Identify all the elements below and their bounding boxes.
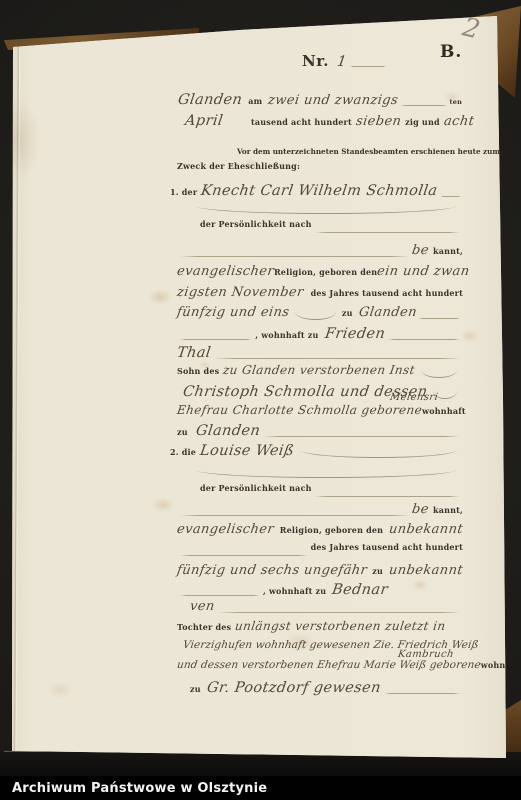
- groom-religion-line: evangelischer Religion, geboren den ein …: [177, 264, 463, 281]
- blank-rule: [180, 595, 260, 596]
- groom-father-line-1: Sohn des zu Glanden verstorbenen Inst: [177, 363, 463, 380]
- record-number-line: Nr. 1: [302, 52, 392, 70]
- handwritten-decade: sieben: [355, 114, 402, 129]
- printed-identity: der Persönlichkeit nach: [200, 483, 312, 493]
- handwritten-month: April: [184, 113, 224, 129]
- groom-birthyear-line: zigsten November des Jahres tausend acht…: [177, 285, 463, 302]
- blank-rule: [388, 339, 460, 340]
- handwritten-maiden-name: Kambruch: [397, 649, 454, 660]
- archive-caption-bar: Archiwum Państwowe w Olsztynie: [0, 776, 521, 800]
- groom-mother-maiden-sup: Melensri: [390, 392, 438, 409]
- handwritten-maiden-name: Melensri: [389, 392, 439, 403]
- blank-stroke-line: [190, 199, 462, 216]
- handwritten-birthday: unbekannt: [388, 522, 464, 537]
- handwritten-residence-b: ven: [189, 599, 216, 614]
- handwritten-groom-name: Knecht Carl Wilhelm Schmolla: [200, 183, 439, 199]
- form-line-place-date: Glanden am zwei und zwanzigs ten: [178, 92, 462, 109]
- printed-jahres: des Jahres tausend acht hundert: [311, 542, 463, 552]
- groom-bekannt-line: be kannt,: [177, 243, 463, 260]
- printed-zu: zu: [190, 684, 201, 694]
- printed-ten-suffix: ten: [450, 98, 462, 106]
- blank-rule: [401, 105, 446, 106]
- handwritten-parents-residence: Glanden: [195, 423, 261, 439]
- printed-tausend: tausend acht hundert: [251, 117, 352, 127]
- printed-sohn-des: Sohn des: [177, 366, 219, 376]
- printed-am: am: [248, 96, 262, 106]
- handwritten-residence-b: Thal: [176, 345, 212, 361]
- handwritten-religion: evangelischer: [176, 264, 275, 279]
- pencil-page-number: 2: [460, 12, 483, 45]
- groom-identity-line: der Persönlichkeit nach: [200, 219, 463, 236]
- printed-jahres: des Jahres tausend acht hundert: [311, 288, 463, 298]
- blank-rule: [350, 66, 386, 67]
- handwritten-bride-name: Louise Weiß: [199, 443, 295, 459]
- printed-kannt: kannt,: [433, 505, 463, 515]
- handwritten-unit: acht: [443, 114, 475, 129]
- blank-stroke-line: [190, 463, 462, 480]
- handwritten-be: be: [411, 502, 430, 517]
- handwritten-birthday-a: ein und zwan: [376, 264, 471, 279]
- blank-rule: [263, 436, 460, 437]
- bride-mother-maiden-sup: Kambruch: [398, 649, 454, 666]
- handwritten-parents-residence: Gr. Pootzdorf gewesen: [206, 680, 382, 696]
- blank-rule: [315, 232, 460, 233]
- handwritten-year: fünfzig und eins: [176, 305, 290, 320]
- bride-birthplace-line: fünfzig und sechs ungefähr zu unbekannt: [177, 563, 463, 580]
- printed-wohnhaft: wohnhaft: [481, 660, 521, 670]
- record-number-value: 1: [336, 54, 348, 70]
- handwritten-father-a: unlängst verstorbenen zuletzt in: [234, 619, 446, 633]
- form-line-year: April tausend acht hundert sieben zig un…: [185, 113, 462, 130]
- printed-kannt: kannt,: [433, 246, 463, 256]
- bride-parents-residence-line: zu Gr. Pootzdorf gewesen: [190, 680, 463, 697]
- blank-rule: [180, 555, 308, 556]
- handwritten-stroke: [300, 449, 457, 458]
- printed-religion: Religion, geboren den: [280, 525, 383, 535]
- archival-scan-view: 2 B. Nr. 1 Glanden am zwei und zwanzigs …: [0, 0, 521, 800]
- bride-bekannt-line: be kannt,: [177, 502, 463, 519]
- blank-rule: [441, 196, 460, 197]
- printed-item-2: 2. die: [170, 447, 196, 457]
- groom-birthplace-line: fünfzig und eins zu Glanden: [177, 305, 463, 322]
- archive-name: Archiwum Państwowe w Olsztynie: [12, 781, 267, 796]
- blank-rule: [384, 693, 460, 694]
- printed-wohnhaft-zu: , wohnhaft zu: [263, 586, 326, 596]
- bride-religion-line: evangelischer Religion, geboren den unbe…: [177, 522, 463, 539]
- blank-rule: [218, 612, 460, 613]
- printed-intro-1: Vor dem unterzeichneten Standesbeamten e…: [237, 147, 500, 156]
- handwritten-religion: evangelischer: [176, 522, 275, 537]
- document-page: 2 B. Nr. 1 Glanden am zwei und zwanzigs …: [0, 0, 521, 800]
- printed-intro-2: Zweck der Eheschließung:: [177, 161, 300, 171]
- handwritten-day: zwei und zwanzigs: [267, 93, 399, 108]
- page-crease: [13, 46, 21, 752]
- groom-residence-line-2: Thal: [177, 345, 463, 362]
- printed-zu: zu: [177, 427, 188, 437]
- handwritten-birthplace: unbekannt: [388, 563, 464, 578]
- handwritten-residence-a: Frieden: [323, 326, 385, 342]
- printed-item-1: 1. der: [170, 187, 197, 197]
- printed-zu: zu: [342, 308, 353, 318]
- bride-birthyear-line: des Jahres tausend acht hundert: [177, 542, 463, 559]
- groom-name-line: 1. der Knecht Carl Wilhelm Schmolla: [170, 183, 463, 200]
- handwritten-mother: Ehefrau Charlotte Schmolla geborene: [176, 403, 423, 417]
- handwritten-place: Glanden: [177, 92, 243, 108]
- handwritten-birthday-b: zigsten November: [176, 285, 305, 300]
- bride-name-line: 2. die Louise Weiß: [170, 443, 463, 460]
- blank-rule: [180, 256, 409, 257]
- blank-rule: [214, 358, 460, 359]
- handwritten-residence-a: Bednar: [331, 582, 389, 598]
- groom-parents-residence-line: zu Glanden: [177, 423, 463, 440]
- printed-identity: der Persönlichkeit nach: [200, 219, 312, 229]
- handwritten-year: fünfzig und sechs ungefähr: [176, 563, 368, 578]
- handwritten-father-a: zu Glanden verstorbenen Inst: [222, 363, 416, 377]
- printed-zu: zu: [372, 566, 383, 576]
- bride-residence-line: , wohnhaft zu Bednar: [177, 582, 463, 599]
- handwritten-stroke: [196, 469, 456, 478]
- handwritten-birthplace: Glanden: [358, 305, 418, 320]
- printed-religion: Religion, geboren den: [274, 267, 377, 277]
- handwritten-stroke: [421, 369, 457, 378]
- blank-rule: [180, 339, 252, 340]
- record-number-label: Nr.: [302, 52, 329, 70]
- handwritten-stroke: [295, 311, 336, 320]
- handwritten-be: be: [411, 243, 430, 258]
- handwritten-stroke: [196, 205, 456, 214]
- bride-father-line-1: Tochter des unlängst verstorbenen zuletz…: [177, 619, 463, 636]
- printed-tochter-des: Tochter des: [177, 622, 231, 632]
- printed-wohnhaft-zu: , wohnhaft zu: [255, 330, 318, 340]
- bride-residence-line-2: ven: [190, 599, 463, 616]
- blank-rule: [419, 318, 460, 319]
- bride-identity-line: der Persönlichkeit nach: [200, 483, 463, 500]
- intro-line-2: Zweck der Eheschließung:: [177, 161, 300, 178]
- blank-rule: [180, 515, 409, 516]
- groom-residence-line: , wohnhaft zu Frieden: [177, 326, 463, 343]
- form-letter-b: B.: [440, 42, 462, 62]
- printed-zig-und: zig und: [405, 117, 440, 127]
- blank-rule: [315, 496, 460, 497]
